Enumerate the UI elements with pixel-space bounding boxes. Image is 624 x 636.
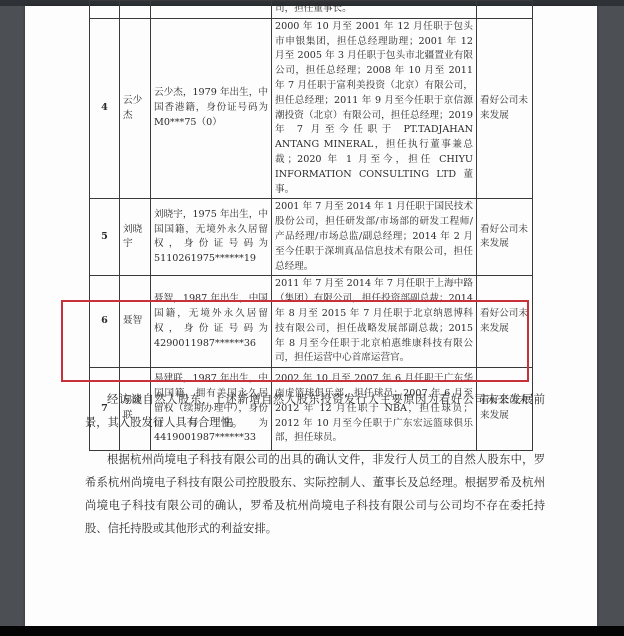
row-number xyxy=(90,1,120,19)
shareholder-name: 聂智 xyxy=(120,276,151,368)
investment-reason xyxy=(477,1,533,19)
table-row: 5 刘晓宇 刘晓宇，1975 年出生，中国国籍，无境外永久居留权，身份证号码为 … xyxy=(90,199,533,276)
shareholder-bio: 云少杰，1979 年出生，中国香港籍，身份证号码为 M0***75（0） xyxy=(151,18,272,199)
shareholder-career: 2000 年 10 月至 2001 年 12 月任职于包头市申银集团，担任总经理… xyxy=(272,18,477,199)
body-paragraph: 根据杭州尚境电子科技有限公司的出具的确认文件，非发行人员工的自然人股东中，罗希系… xyxy=(85,448,545,540)
shareholder-career: 2011 年 7 月至 2014 年 7 月任职于上海中路（集团）有限公司，担任… xyxy=(272,276,477,368)
shareholder-career: 2001 年 7 月至 2014 年 1 月任职于国民技术股份公司，担任研发部/… xyxy=(272,199,477,276)
investment-reason: 看好公司未来发展 xyxy=(477,199,533,276)
table-row: 4 云少杰 云少杰，1979 年出生，中国香港籍，身份证号码为 M0***75（… xyxy=(90,18,533,199)
shareholder-bio xyxy=(151,1,272,19)
row-number: 5 xyxy=(90,199,120,276)
shareholder-career: 司，担任董事长。 xyxy=(272,1,477,19)
investment-reason: 看好公司未来发展 xyxy=(477,18,533,199)
shareholder-name xyxy=(120,1,151,19)
table-row: 司，担任董事长。 xyxy=(90,1,533,19)
shareholder-bio: 聂智，1987 年出生，中国国籍，无境外永久居留权，身份证号码为 4290011… xyxy=(151,276,272,368)
shareholder-name: 云少杰 xyxy=(120,18,151,199)
table-row: 6 聂智 聂智，1987 年出生，中国国籍，无境外永久居留权，身份证号码为 42… xyxy=(90,276,533,368)
shareholder-name: 刘晓宇 xyxy=(120,199,151,276)
document-page: 司，担任董事长。 4 云少杰 云少杰，1979 年出生，中国香港籍，身份证号码为… xyxy=(25,6,597,626)
row-number: 4 xyxy=(90,18,120,199)
shareholder-bio: 刘晓宇，1975 年出生，中国国籍，无境外永久居留权，身份证号码为 511026… xyxy=(151,199,272,276)
shareholder-table: 司，担任董事长。 4 云少杰 云少杰，1979 年出生，中国香港籍，身份证号码为… xyxy=(89,0,533,451)
viewer-bottom-bar xyxy=(0,626,624,636)
investment-reason: 看好公司未来发展 xyxy=(477,276,533,368)
body-paragraph: 经访谈自然人股东，上述新增自然人股东投资发行人主要原因为看好公司未来发展前景，其… xyxy=(85,388,545,434)
row-number: 6 xyxy=(90,276,120,368)
